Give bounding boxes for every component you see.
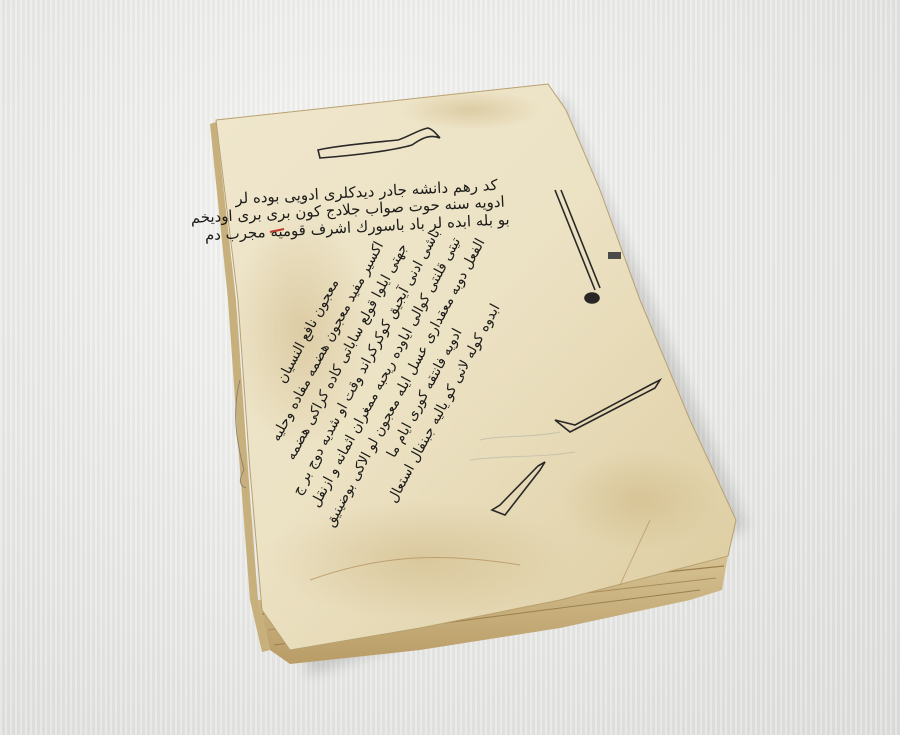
manuscript-illustration: کد رهم دانشه جادر دیدکلری ادویی بوده لر … [0, 0, 900, 735]
manuscript-photo: کد رهم دانشه جادر دیدکلری ادویی بوده لر … [0, 0, 900, 735]
corner-mark [608, 252, 621, 259]
